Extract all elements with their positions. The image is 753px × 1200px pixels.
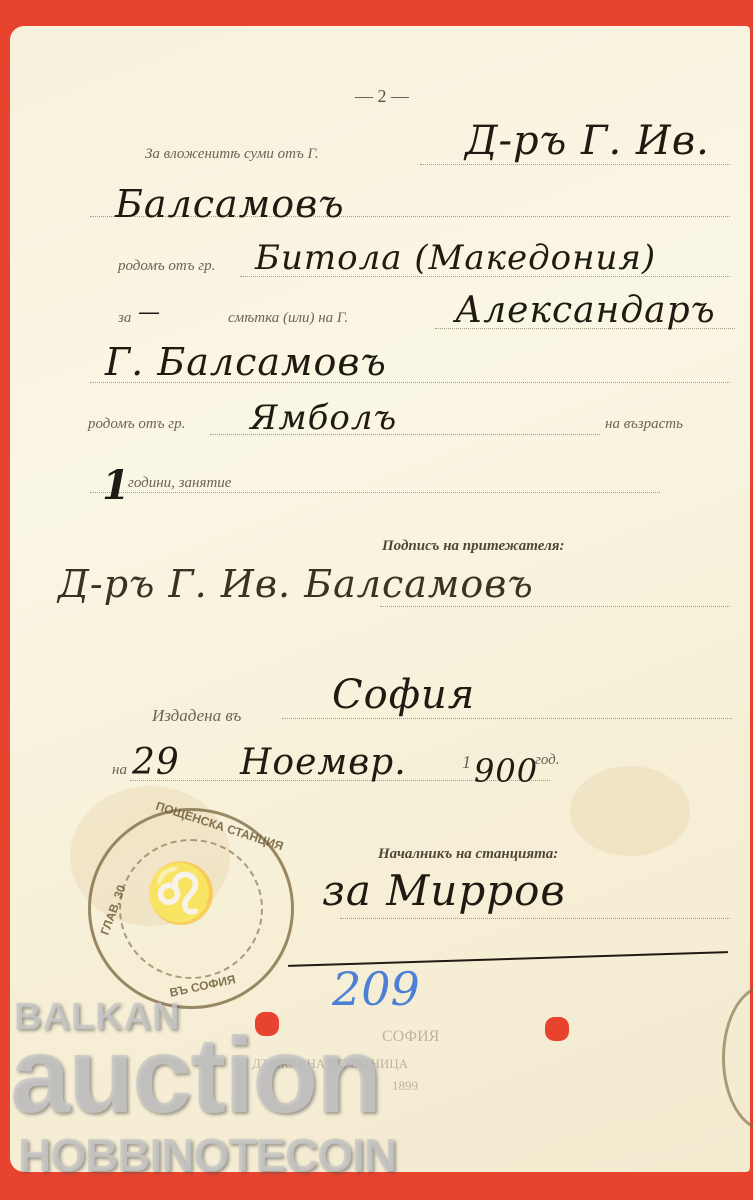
born-in-value: Ямболъ xyxy=(250,398,397,438)
paper-stain xyxy=(570,766,690,856)
date-day: 29 xyxy=(132,742,180,783)
year-value: 900 xyxy=(474,752,538,790)
lion-icon: ♌ xyxy=(145,859,217,928)
born-in-label: родомъ отъ гр. xyxy=(118,258,215,275)
post-station-stamp: ♌ ПОЩЕНСКА СТАНЦИЯ ВЪ СОФИЯ ГЛАВ. 30 xyxy=(88,808,294,1009)
watermark-hobbinotecoin: HOBBINOTECOIN xyxy=(18,1128,396,1182)
fill-line xyxy=(420,164,730,165)
account-of-value: Александаръ xyxy=(455,290,716,331)
date-prefix-label: на xyxy=(112,762,127,779)
issued-in-value: София xyxy=(332,672,475,718)
account-of-label: смѣтка (или) на Г. xyxy=(228,310,348,327)
date-month: Ноемвр. xyxy=(240,742,407,783)
station-chief-signature: за Мирров xyxy=(322,866,566,915)
annotation-number: 209 xyxy=(332,962,420,1016)
year-suffix: год. xyxy=(535,752,560,769)
born-in-label: родомъ отъ гр. xyxy=(88,416,185,433)
deposit-from-surname: Балсамовъ xyxy=(115,182,345,226)
account-for-dash: — xyxy=(138,300,161,325)
printer-year: 1899 xyxy=(392,1078,418,1094)
deposit-from-label: За вложенитѣ суми отъ Г. xyxy=(145,146,319,163)
owner-signature: Д-ръ Г. Ив. Балсамовъ xyxy=(58,562,534,606)
station-chief-label: Началникъ на станцията: xyxy=(378,846,558,863)
year-printed-prefix: 1 xyxy=(462,752,471,773)
owner-signature-label: Подписъ на притежателя: xyxy=(382,538,564,555)
issued-in-label: Издадена въ xyxy=(152,706,241,726)
age-label: на възрасть xyxy=(605,416,683,433)
deposit-from-value: Д-ръ Г. Ив. xyxy=(465,118,710,164)
fill-line xyxy=(340,918,730,919)
born-in-value: Битола (Македония) xyxy=(255,238,656,278)
punch-hole xyxy=(545,1017,569,1041)
watermark-auction: auction xyxy=(10,1012,380,1137)
account-of-surname: Г. Балсамовъ xyxy=(105,340,387,384)
page-number: — 2 — xyxy=(355,86,409,107)
years-occupation-label: години, занятие xyxy=(128,475,231,492)
fill-line xyxy=(282,718,732,719)
age-value: 1 xyxy=(102,462,131,509)
fill-line xyxy=(90,492,660,493)
account-for-label: за xyxy=(118,310,131,327)
fill-line xyxy=(380,606,730,607)
printer-city: СОФИЯ xyxy=(382,1028,439,1046)
